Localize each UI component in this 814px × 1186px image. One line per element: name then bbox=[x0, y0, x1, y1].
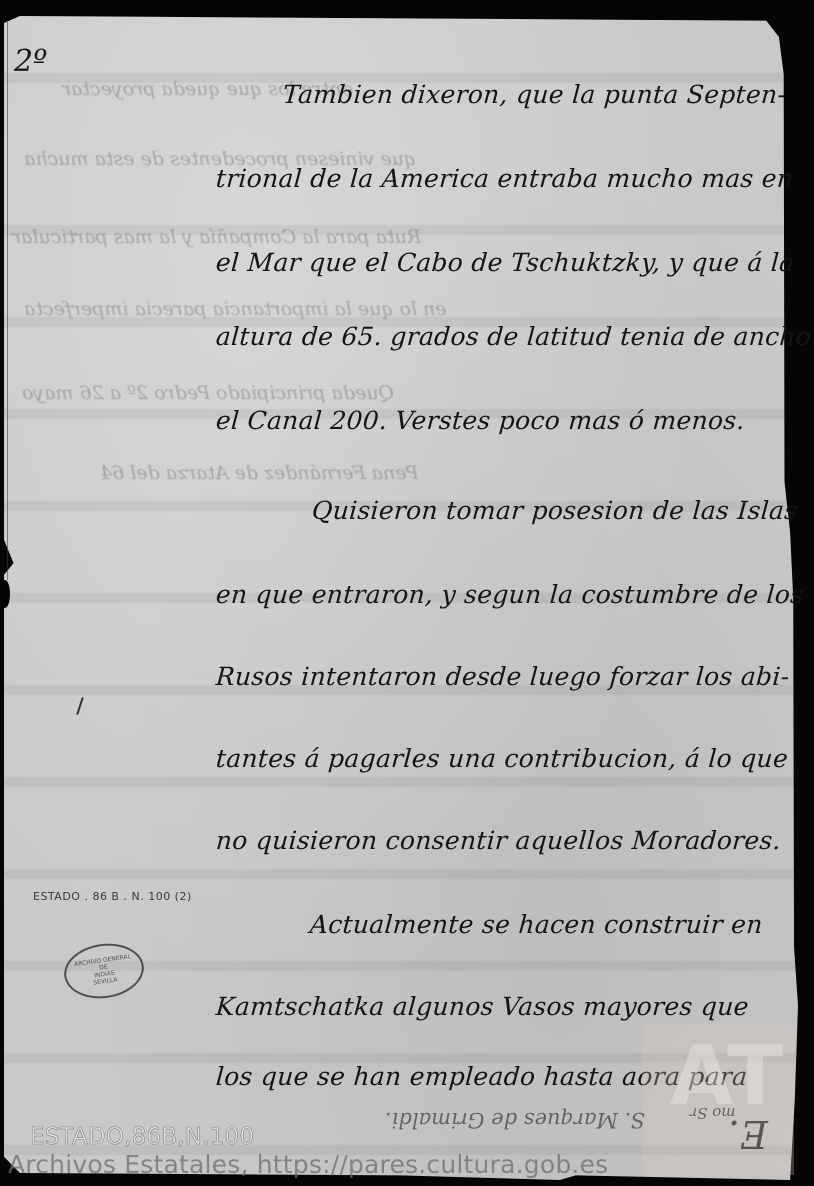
bleed-through-line: Ruta para la Compañía y la mas particula… bbox=[12, 226, 421, 248]
manuscript-line: el Canal 200. Verstes poco mas ó menos. bbox=[215, 406, 746, 435]
bleed-through-line: en lo que la importancia parecia imperfe… bbox=[24, 298, 447, 320]
page-edge-rule bbox=[7, 20, 8, 580]
archive-logo-watermark: AT bbox=[642, 1025, 794, 1175]
manuscript-line: tantes á pagarles una contribucion, á lo… bbox=[215, 744, 789, 773]
edge-tear bbox=[0, 580, 10, 608]
address-initial: E. bbox=[728, 1112, 768, 1156]
address-note: S. Marques de Grimaldi. bbox=[385, 1108, 645, 1132]
folio-number: 2º bbox=[14, 44, 47, 79]
manuscript-line: Actualmente se hacen construir en bbox=[309, 910, 764, 939]
manuscript-line: Kamtschatka algunos Vasos mayores que bbox=[215, 992, 750, 1021]
manuscript-line: no quisieron consentir aquellos Moradore… bbox=[215, 826, 782, 855]
bleed-through-line: Queda principiado Pedro 2º a 26 mayo bbox=[22, 382, 394, 404]
bleed-through-line: Pena Fernández de Atarza del 64 bbox=[100, 462, 418, 484]
manuscript-line: altura de 65. grados de latitud tenia de… bbox=[215, 322, 812, 351]
archive-reference-stamp: ESTADO . 86 B . N. 100 (2) bbox=[33, 890, 192, 903]
manuscript-line: Rusos intentaron desde luego forzar los … bbox=[215, 662, 791, 691]
manuscript-line: Tambien dixeron, que la punta Septen- bbox=[282, 80, 787, 109]
watermark-source: Archivos Estatales, https://pares.cultur… bbox=[8, 1150, 608, 1179]
manuscript-line: trional de la America entraba mucho mas … bbox=[215, 164, 794, 193]
watermark-reference: ESTADO,86B,N.100 bbox=[30, 1124, 254, 1150]
manuscript-line: el Mar que el Cabo de Tschuktzky, y que … bbox=[215, 248, 796, 277]
manuscript-line: Quisieron tomar posesion de las Islas bbox=[311, 496, 798, 525]
manuscript-line: en que entraron, y segun la costumbre de… bbox=[215, 580, 804, 609]
